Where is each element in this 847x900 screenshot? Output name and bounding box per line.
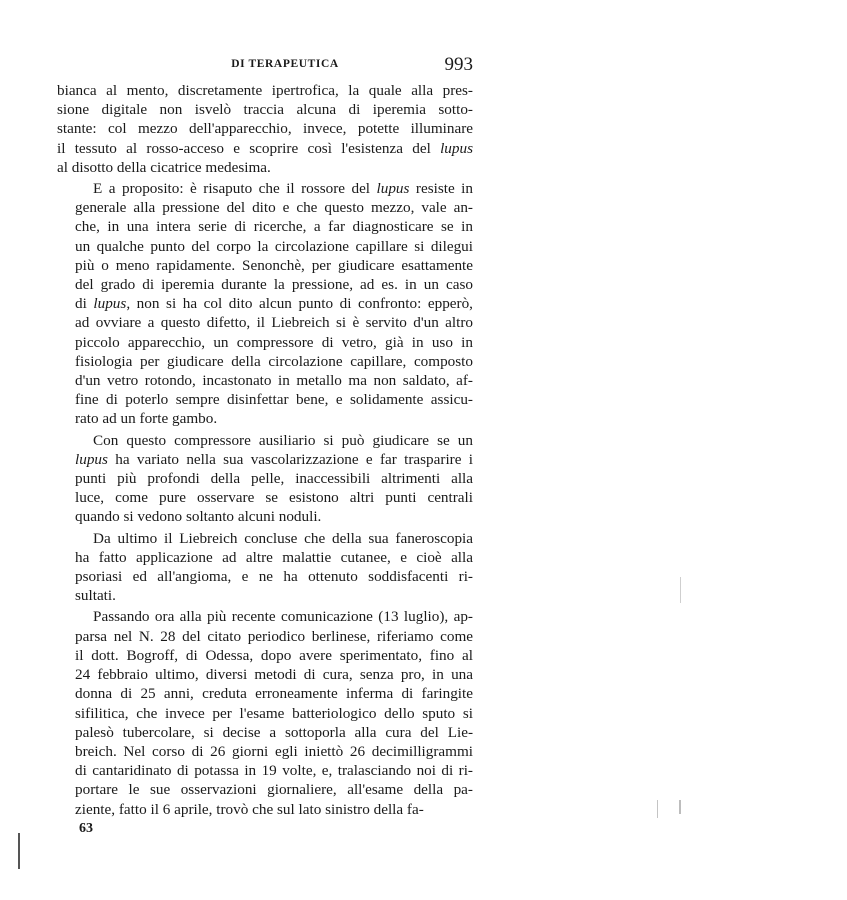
text-line: ad ovviare a questo difetto, il Liebreic… bbox=[57, 313, 473, 332]
paragraph: Passando ora alla più recente comunicazi… bbox=[57, 607, 473, 818]
text-line: breich. Nel corso di 26 giorni egli inie… bbox=[57, 742, 473, 761]
text-line: quando si vedono soltanto alcuni noduli. bbox=[57, 507, 473, 526]
scan-mark-right-top bbox=[680, 577, 681, 603]
text-line: fine di poterlo sempre disinfettar bene,… bbox=[57, 390, 473, 409]
scan-mark-right-lower-a bbox=[657, 800, 658, 818]
text-line: 24 febbraio ultimo, diversi metodi di cu… bbox=[57, 665, 473, 684]
text-line: palesò tubercolare, si decise a sottopor… bbox=[57, 723, 473, 742]
text-line: del grado di iperemia durante la pressio… bbox=[57, 275, 473, 294]
text-line: E a proposito: è risaputo che il rossore… bbox=[57, 179, 473, 198]
text-line: sifilitica, che invece per l'esame batte… bbox=[57, 704, 473, 723]
italic-term: lupus bbox=[75, 451, 108, 468]
text-line: psoriasi ed all'angioma, e ne ha ottenut… bbox=[57, 567, 473, 586]
text-line: rato ad un forte gambo. bbox=[57, 409, 473, 428]
text-line: stante: col mezzo dell'apparecchio, inve… bbox=[57, 119, 473, 138]
text-line: di lupus, non si ha col dito alcun punto… bbox=[57, 294, 473, 313]
italic-term: lupus bbox=[440, 140, 473, 157]
page-number: 993 bbox=[445, 54, 474, 76]
scan-mark-right-lower-b bbox=[679, 800, 681, 814]
text-line: bianca al mento, discretamente ipertrofi… bbox=[57, 81, 473, 100]
text-line: Passando ora alla più recente comunicazi… bbox=[57, 607, 473, 626]
page-header: DI TERAPEUTICA 993 bbox=[57, 54, 473, 80]
text-line: piccolo apparecchio, un compressore di v… bbox=[57, 333, 473, 352]
text-line: sultati. bbox=[57, 586, 473, 605]
text-line: al disotto della cicatrice medesima. bbox=[57, 158, 473, 177]
paragraph: bianca al mento, discretamente ipertrofi… bbox=[57, 81, 473, 177]
text-line: Con questo compressore ausiliario si può… bbox=[57, 431, 473, 450]
scan-mark-left-bottom bbox=[18, 833, 20, 869]
text-line: un qualche punto del corpo la circolazio… bbox=[57, 237, 473, 256]
text-line: punti più profondi della pelle, inaccess… bbox=[57, 469, 473, 488]
body-text: bianca al mento, discretamente ipertrofi… bbox=[57, 81, 473, 819]
text-line: il dott. Bogroff, di Odessa, dopo avere … bbox=[57, 646, 473, 665]
book-page: DI TERAPEUTICA 993 bianca al mento, disc… bbox=[57, 54, 473, 837]
text-line: il tessuto al rosso-acceso e scoprire co… bbox=[57, 139, 473, 158]
italic-term: lupus bbox=[377, 180, 410, 197]
text-line: ha fatto applicazione ad altre malattie … bbox=[57, 548, 473, 567]
text-line: donna di 25 anni, creduta erroneamente i… bbox=[57, 684, 473, 703]
text-line: luce, come pure osservare se esistono al… bbox=[57, 488, 473, 507]
paragraph: Con questo compressore ausiliario si può… bbox=[57, 431, 473, 527]
text-line: ziente, fatto il 6 aprile, trovò che sul… bbox=[57, 800, 473, 819]
text-line: portare le sue osservazioni giornaliere,… bbox=[57, 780, 473, 799]
text-line: generale alla pressione del dito e che q… bbox=[57, 198, 473, 217]
text-line: parsa nel N. 28 del citato periodico ber… bbox=[57, 627, 473, 646]
text-line: fisiologia per giudicare della circolazi… bbox=[57, 352, 473, 371]
text-line: d'un vetro rotondo, incastonato in metal… bbox=[57, 371, 473, 390]
paragraph: Da ultimo il Liebreich concluse che dell… bbox=[57, 529, 473, 606]
signature-mark: 63 bbox=[57, 821, 473, 837]
text-line: di cantaridinato di potassa in 19 volte,… bbox=[57, 761, 473, 780]
text-line: lupus ha variato nella sua vascolarizzaz… bbox=[57, 450, 473, 469]
text-line: sione digitale non isvelò traccia alcuna… bbox=[57, 100, 473, 119]
running-title: DI TERAPEUTICA bbox=[57, 58, 473, 70]
italic-term: lupus bbox=[93, 295, 126, 312]
text-line: che, in una intera serie di ricerche, a … bbox=[57, 217, 473, 236]
paragraph: E a proposito: è risaputo che il rossore… bbox=[57, 179, 473, 429]
text-line: più o meno rapidamente. Senonchè, per gi… bbox=[57, 256, 473, 275]
text-line: Da ultimo il Liebreich concluse che dell… bbox=[57, 529, 473, 548]
